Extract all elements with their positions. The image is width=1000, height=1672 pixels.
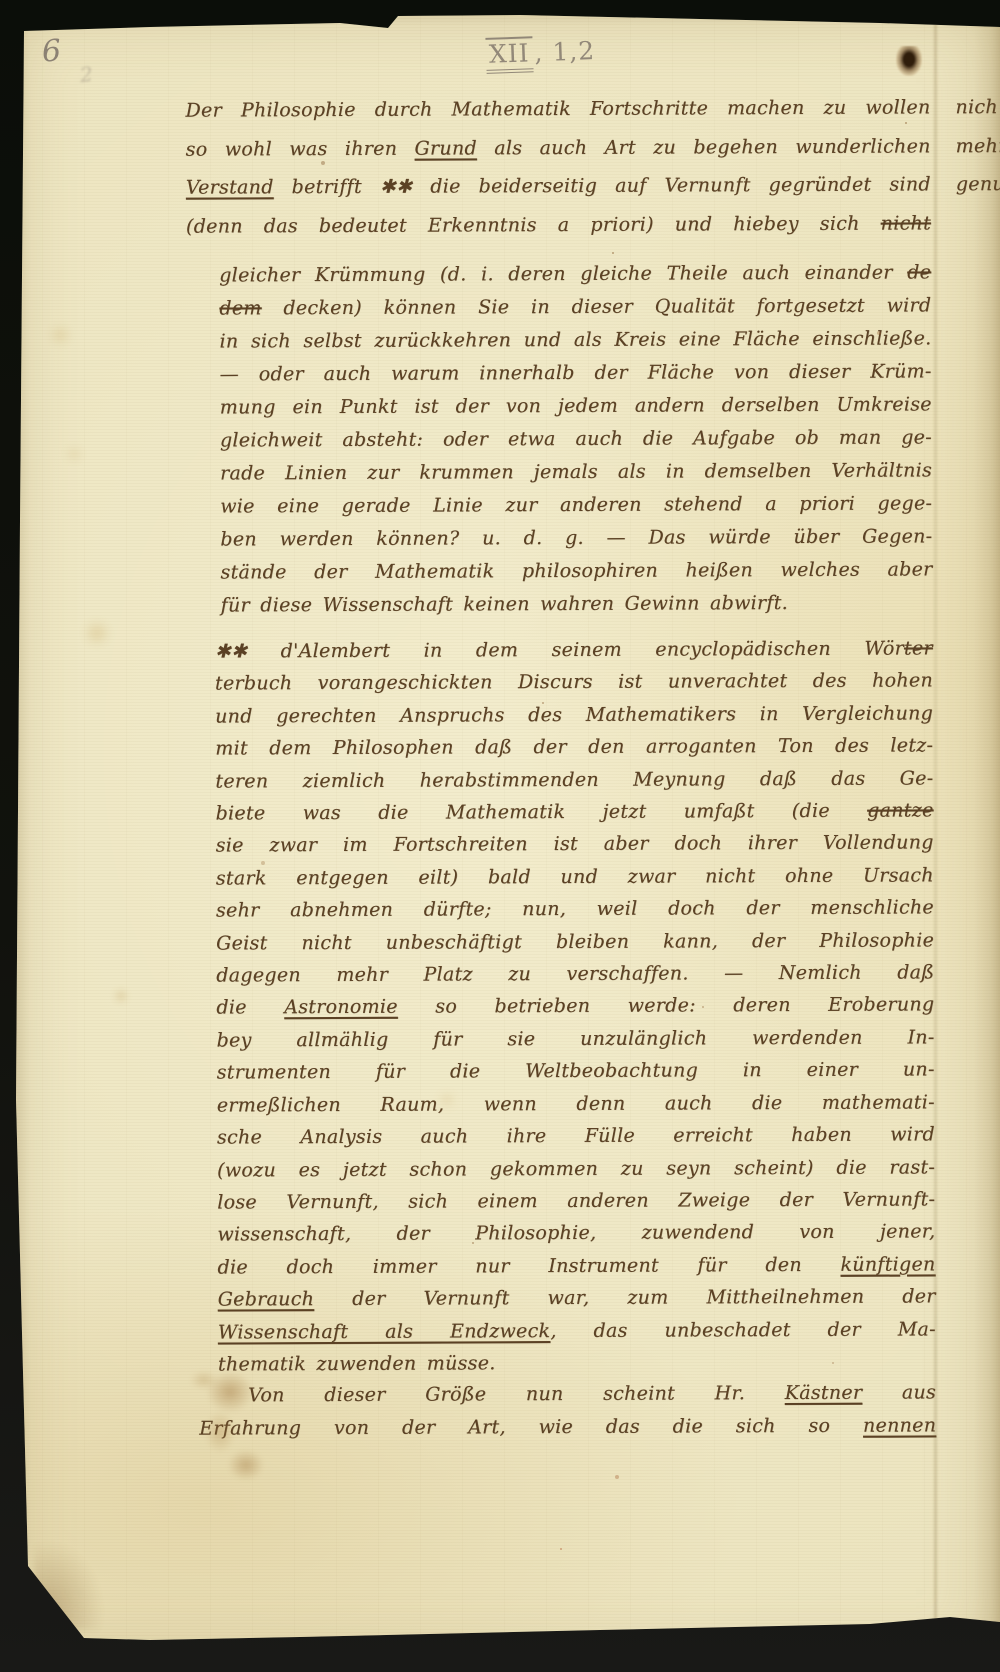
manuscript-line: dagegen mehr Platz zu verschaffen. — Nem…	[216, 956, 934, 992]
manuscript-line: (denn das bedeutet Erkenntnis a priori) …	[186, 204, 931, 246]
archive-mark-suffix: , 1,2	[534, 36, 596, 67]
text-segment: rade Linien zur krummen jemals als in de…	[220, 459, 932, 484]
underlined-word: Verstand	[186, 176, 274, 198]
manuscript-line: wie eine gerade Linie zur anderen stehen…	[220, 487, 932, 523]
text-segment: (wozu es jetzt schon gekommen zu seyn sc…	[217, 1156, 935, 1181]
manuscript-line: strumenten für die Weltbeobachtung in ei…	[217, 1054, 935, 1090]
manuscript-line: teren ziemlich herabstimmenden Meynung d…	[215, 762, 933, 798]
manuscript-page: 6 2 XII, 1,2 Der Philosophie durch Mathe…	[0, 0, 1000, 1672]
underlined-word: Grund	[414, 137, 477, 159]
manuscript-line: in sich selbst zurückkehren und als Krei…	[219, 322, 931, 358]
text-segment: sehr abnehmen dürfte; nun, weil doch der…	[216, 897, 934, 922]
archive-mark: XII, 1,2	[485, 34, 595, 74]
text-segment: (denn das bedeutet Erkenntnis a priori) …	[186, 212, 881, 237]
text-segment: — oder auch warum innerhalb der Fläche v…	[220, 360, 932, 385]
text-segment: in sich selbst zurückkehren und als Krei…	[219, 327, 931, 352]
stain	[112, 988, 130, 1004]
manuscript-line: thematik zuwenden müsse.	[218, 1345, 936, 1381]
manuscript-line: (wozu es jetzt schon gekommen zu seyn sc…	[217, 1151, 935, 1187]
text-segment: dagegen mehr Platz zu verschaffen. — Nem…	[216, 961, 934, 986]
text-segment: betrifft ✱✱ die beiderseitig auf Vernunf…	[274, 173, 931, 198]
text-segment: als auch Art zu begehen wunderlichen	[477, 135, 931, 159]
paper-crease	[934, 20, 937, 1620]
text-segment: gleicher Krümmung (d. i. deren gleiche T…	[219, 261, 907, 286]
text-segment: stände der Mathematik philosophiren heiß…	[220, 558, 932, 583]
underlined-word: Astronomie	[284, 996, 398, 1018]
manuscript-line: für diese Wissenschaft keinen wahren Gew…	[221, 586, 933, 622]
underlined-word: Wissenschaft als Endzweck	[218, 1320, 551, 1343]
manuscript-line: Wissenschaft als Endzweck, das unbeschad…	[218, 1313, 936, 1349]
foxing-specks	[0, 0, 2, 2]
text-segment: terbuch vorangeschickten Discurs ist unv…	[215, 670, 933, 695]
manuscript-line: Gebrauch der Vernunft war, zum Mittheiln…	[218, 1280, 936, 1316]
manuscript-line: biete was die Mathematik jetzt umfaßt (d…	[215, 794, 933, 830]
stain	[64, 446, 84, 462]
text-segment: strumenten für die Weltbeobachtung in ei…	[217, 1059, 935, 1084]
text-segment: mung ein Punkt ist der von jedem andern …	[220, 393, 932, 418]
text-segment: biete was die Mathematik jetzt umfaßt (d…	[215, 800, 867, 825]
manuscript-line: — oder auch warum innerhalb der Fläche v…	[220, 355, 932, 391]
text-segment: wissenschaft, der Philosophie, zuwendend…	[217, 1221, 935, 1246]
text-segment: gleichweit absteht: oder etwa auch die A…	[220, 426, 932, 451]
manuscript-line: die Astronomie so betrieben werde: deren…	[216, 989, 934, 1025]
manuscript-line: rade Linien zur krummen jemals als in de…	[220, 454, 932, 490]
text-segment: und gerechten Anspruchs des Mathematiker…	[215, 702, 933, 727]
manuscript-line: mit dem Philosophen daß der den arrogant…	[215, 730, 933, 766]
manuscript-paragraph: Der Philosophie durch Mathematik Fortsch…	[185, 88, 931, 245]
manuscript-line: gleichweit absteht: oder etwa auch die A…	[220, 421, 932, 457]
text-segment: aus	[862, 1381, 936, 1403]
archive-mark-roman: XII	[485, 36, 533, 74]
ink-blot	[896, 46, 922, 76]
manuscript-paragraph: ✱✱ d'Alembert in dem seinem encyclopädis…	[188, 632, 936, 1381]
text-segment: lose Vernunft, sich einem anderen Zweige…	[217, 1188, 935, 1213]
manuscript-line: stark entgegen eilt) bald und zwar nicht…	[216, 859, 934, 895]
text-segment: Erfahrung von der Art, wie das die sich …	[199, 1415, 863, 1440]
text-segment: , das unbeschadet der Ma-	[550, 1318, 936, 1342]
text-segment: der Vernunft war, zum Mittheilnehmen der	[314, 1285, 936, 1310]
manuscript-text: Der Philosophie durch Mathematik Fortsch…	[185, 0, 930, 2]
text-segment: die doch immer nur Instrument für den	[217, 1253, 840, 1278]
text-segment: für diese Wissenschaft keinen wahren Gew…	[221, 592, 788, 616]
manuscript-line: sche Analysis auch ihre Fülle erreicht h…	[217, 1118, 935, 1154]
manuscript-line: und gerechten Anspruchs des Mathematiker…	[215, 697, 933, 733]
manuscript-line: lose Vernunft, sich einem anderen Zweige…	[217, 1183, 935, 1219]
manuscript-line: Von dieser Größe nun scheint Hr. Kästner…	[191, 1376, 936, 1412]
manuscript-paragraph: Von dieser Größe nun scheint Hr. Kästner…	[191, 1376, 936, 1445]
text-segment: Von dieser Größe nun scheint Hr.	[248, 1382, 785, 1406]
text-segment: ben werden können? u. d. g. — Das würde …	[220, 525, 932, 550]
struck-word: gantze	[867, 799, 934, 821]
text-segment: teren ziemlich herabstimmenden Meynung d…	[215, 767, 933, 792]
text-segment: sche Analysis auch ihre Fülle erreicht h…	[217, 1123, 935, 1148]
text-segment: thematik zuwenden müsse.	[218, 1352, 496, 1375]
struck-word: de	[907, 261, 931, 283]
corner-smudge	[34, 1540, 104, 1630]
struck-word: ter	[904, 637, 933, 659]
text-segment: mit dem Philosophen daß der den arrogant…	[215, 735, 933, 760]
manuscript-line: terbuch vorangeschickten Discurs ist unv…	[215, 665, 933, 701]
text-segment: sie zwar im Fortschreiten ist aber doch …	[216, 832, 934, 857]
manuscript-line: so wohl was ihren Grund als auch Art zu …	[186, 127, 931, 169]
manuscript-paragraph: gleicher Krümmung (d. i. deren gleiche T…	[186, 256, 933, 622]
manuscript-line: ben werden können? u. d. g. — Das würde …	[220, 520, 932, 556]
struck-word: nicht	[881, 212, 931, 234]
manuscript-line: Der Philosophie durch Mathematik Fortsch…	[185, 88, 930, 130]
manuscript-line: stände der Mathematik philosophiren heiß…	[220, 553, 932, 589]
text-segment: wie eine gerade Linie zur anderen stehen…	[220, 492, 932, 517]
underlined-word: Gebrauch	[218, 1288, 315, 1310]
text-segment: bey allmählig für sie unzulänglich werde…	[216, 1026, 934, 1051]
text-segment: Der Philosophie durch Mathematik Fortsch…	[185, 96, 930, 121]
right-margin-fragment: mehr	[956, 127, 1000, 166]
stain	[48, 324, 72, 346]
page-number-annotation: 6	[41, 33, 62, 69]
manuscript-line: sehr abnehmen dürfte; nun, weil doch der…	[216, 892, 934, 928]
manuscript-line: mung ein Punkt ist der von jedem andern …	[220, 388, 932, 424]
text-segment: ✱✱ d'Alembert in dem seinem encyclopädis…	[215, 637, 904, 662]
manuscript-line: wissenschaft, der Philosophie, zuwendend…	[217, 1216, 935, 1252]
faint-pencil-mark: 2	[79, 61, 102, 87]
manuscript-line: Geist nicht unbeschäftigt bleiben kann, …	[216, 924, 934, 960]
underlined-word: künftigen	[840, 1253, 935, 1275]
right-margin-fragment: nich	[955, 88, 998, 127]
stain	[82, 620, 112, 646]
text-segment: ermeßlichen Raum, wenn denn auch die mat…	[217, 1091, 935, 1116]
manuscript-line: bey allmählig für sie unzulänglich werde…	[216, 1021, 934, 1057]
text-segment: so betrieben werde: deren Eroberung	[398, 994, 935, 1018]
manuscript-line: dem decken) können Sie in dieser Qualitä…	[219, 289, 931, 325]
manuscript-line: Erfahrung von der Art, wie das die sich …	[191, 1409, 936, 1445]
manuscript-line: ✱✱ d'Alembert in dem seinem encyclopädis…	[215, 632, 933, 668]
manuscript-line: gleicher Krümmung (d. i. deren gleiche T…	[219, 256, 931, 292]
manuscript-line: Verstand betrifft ✱✱ die beiderseitig au…	[186, 165, 931, 207]
text-segment: stark entgegen eilt) bald und zwar nicht…	[216, 864, 934, 889]
text-segment: so wohl was ihren	[186, 137, 415, 160]
text-segment: Geist nicht unbeschäftigt bleiben kann, …	[216, 929, 934, 954]
text-segment: die	[216, 997, 284, 1019]
manuscript-line: sie zwar im Fortschreiten ist aber doch …	[216, 827, 934, 863]
underlined-word: nennen	[863, 1414, 936, 1436]
text-segment: decken) können Sie in dieser Qualität fo…	[262, 294, 932, 319]
underlined-word: Kästner	[785, 1382, 863, 1404]
manuscript-line: ermeßlichen Raum, wenn denn auch die mat…	[217, 1086, 935, 1122]
manuscript-line: die doch immer nur Instrument für den kü…	[217, 1248, 935, 1284]
right-margin-fragment: genug	[956, 165, 1000, 204]
struck-word: dem	[219, 297, 261, 319]
manuscript-scan: { "colors": { "background": "#11120d", "…	[0, 0, 1000, 1672]
